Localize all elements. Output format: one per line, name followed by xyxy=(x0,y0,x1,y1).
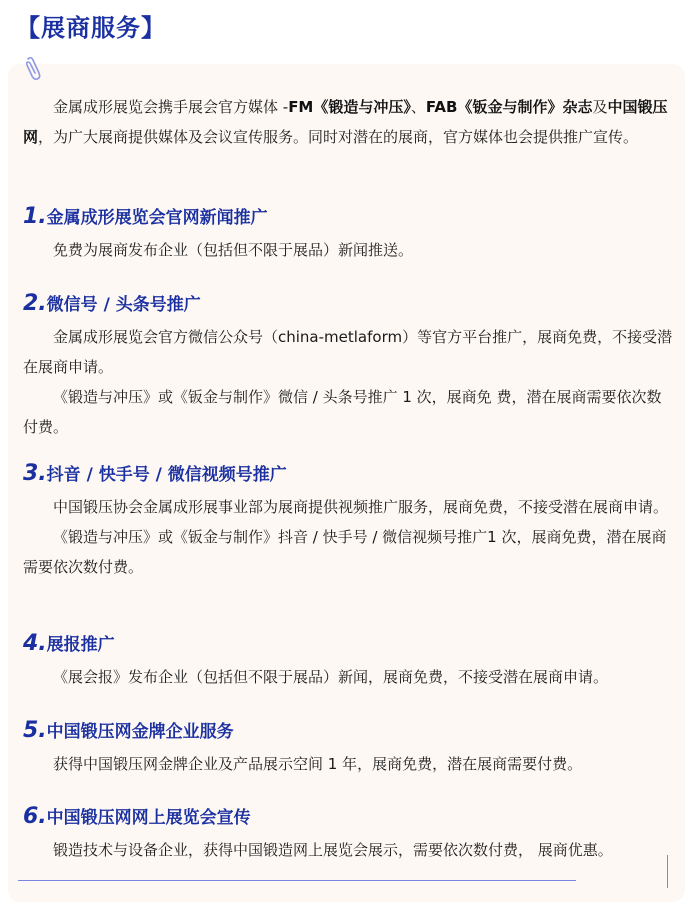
section-4: 4.展报推广 《展会报》发布企业（包括但不限于展品）新闻，展商免费，不接受潜在展… xyxy=(23,630,673,692)
section-3: 3.抖音 / 快手号 / 微信视频号推广 中国锻压协会金属成形展事业部为展商提供… xyxy=(23,460,673,582)
intro-paragraph: 金属成形展览会携手展会官方媒体 -FM《锻造与冲压》、FAB《钣金与制作》杂志及… xyxy=(23,92,671,152)
section-heading: 3.抖音 / 快手号 / 微信视频号推广 xyxy=(23,460,673,488)
section-text: 《锻造与冲压》或《钣金与制作》抖音 / 快手号 / 微信视频号推广1 次，展商免… xyxy=(23,522,673,582)
section-text: 金属成形展览会官方微信公众号（china-metlaform）等官方平台推广，展… xyxy=(23,322,673,382)
paperclip-icon xyxy=(22,56,42,82)
section-2: 2.微信号 / 头条号推广 金属成形展览会官方微信公众号（china-metla… xyxy=(23,290,673,442)
section-6: 6.中国锻压网网上展览会宣传 锻造技术与设备企业，获得中国锻造网上展览会展示，需… xyxy=(23,803,673,865)
section-heading: 5.中国锻压网金牌企业服务 xyxy=(23,717,673,745)
section-text: 《锻造与冲压》或《钣金与制作》微信 / 头条号推广 1 次，展商免 费，潜在展商… xyxy=(23,382,673,442)
section-heading: 1.金属成形展览会官网新闻推广 xyxy=(23,203,673,231)
section-text: 中国锻压协会金属成形展事业部为展商提供视频推广服务，展商免费，不接受潜在展商申请… xyxy=(23,492,673,522)
divider-vertical xyxy=(667,855,668,888)
section-text: 免费为展商发布企业（包括但不限于展品）新闻推送。 xyxy=(23,235,673,265)
section-heading: 6.中国锻压网网上展览会宣传 xyxy=(23,803,673,831)
section-1: 1.金属成形展览会官网新闻推广 免费为展商发布企业（包括但不限于展品）新闻推送。 xyxy=(23,203,673,265)
section-text: 获得中国锻压网金牌企业及产品展示空间 1 年，展商免费，潜在展商需要付费。 xyxy=(23,749,673,779)
section-text: 锻造技术与设备企业，获得中国锻造网上展览会展示，需要依次数付费， 展商优惠。 xyxy=(23,835,673,865)
section-text: 《展会报》发布企业（包括但不限于展品）新闻，展商免费，不接受潜在展商申请。 xyxy=(23,662,673,692)
page-title: 【展商服务】 xyxy=(16,8,166,43)
divider-horizontal xyxy=(18,880,576,881)
section-heading: 4.展报推广 xyxy=(23,630,673,658)
section-heading: 2.微信号 / 头条号推广 xyxy=(23,290,673,318)
section-5: 5.中国锻压网金牌企业服务 获得中国锻压网金牌企业及产品展示空间 1 年，展商免… xyxy=(23,717,673,779)
